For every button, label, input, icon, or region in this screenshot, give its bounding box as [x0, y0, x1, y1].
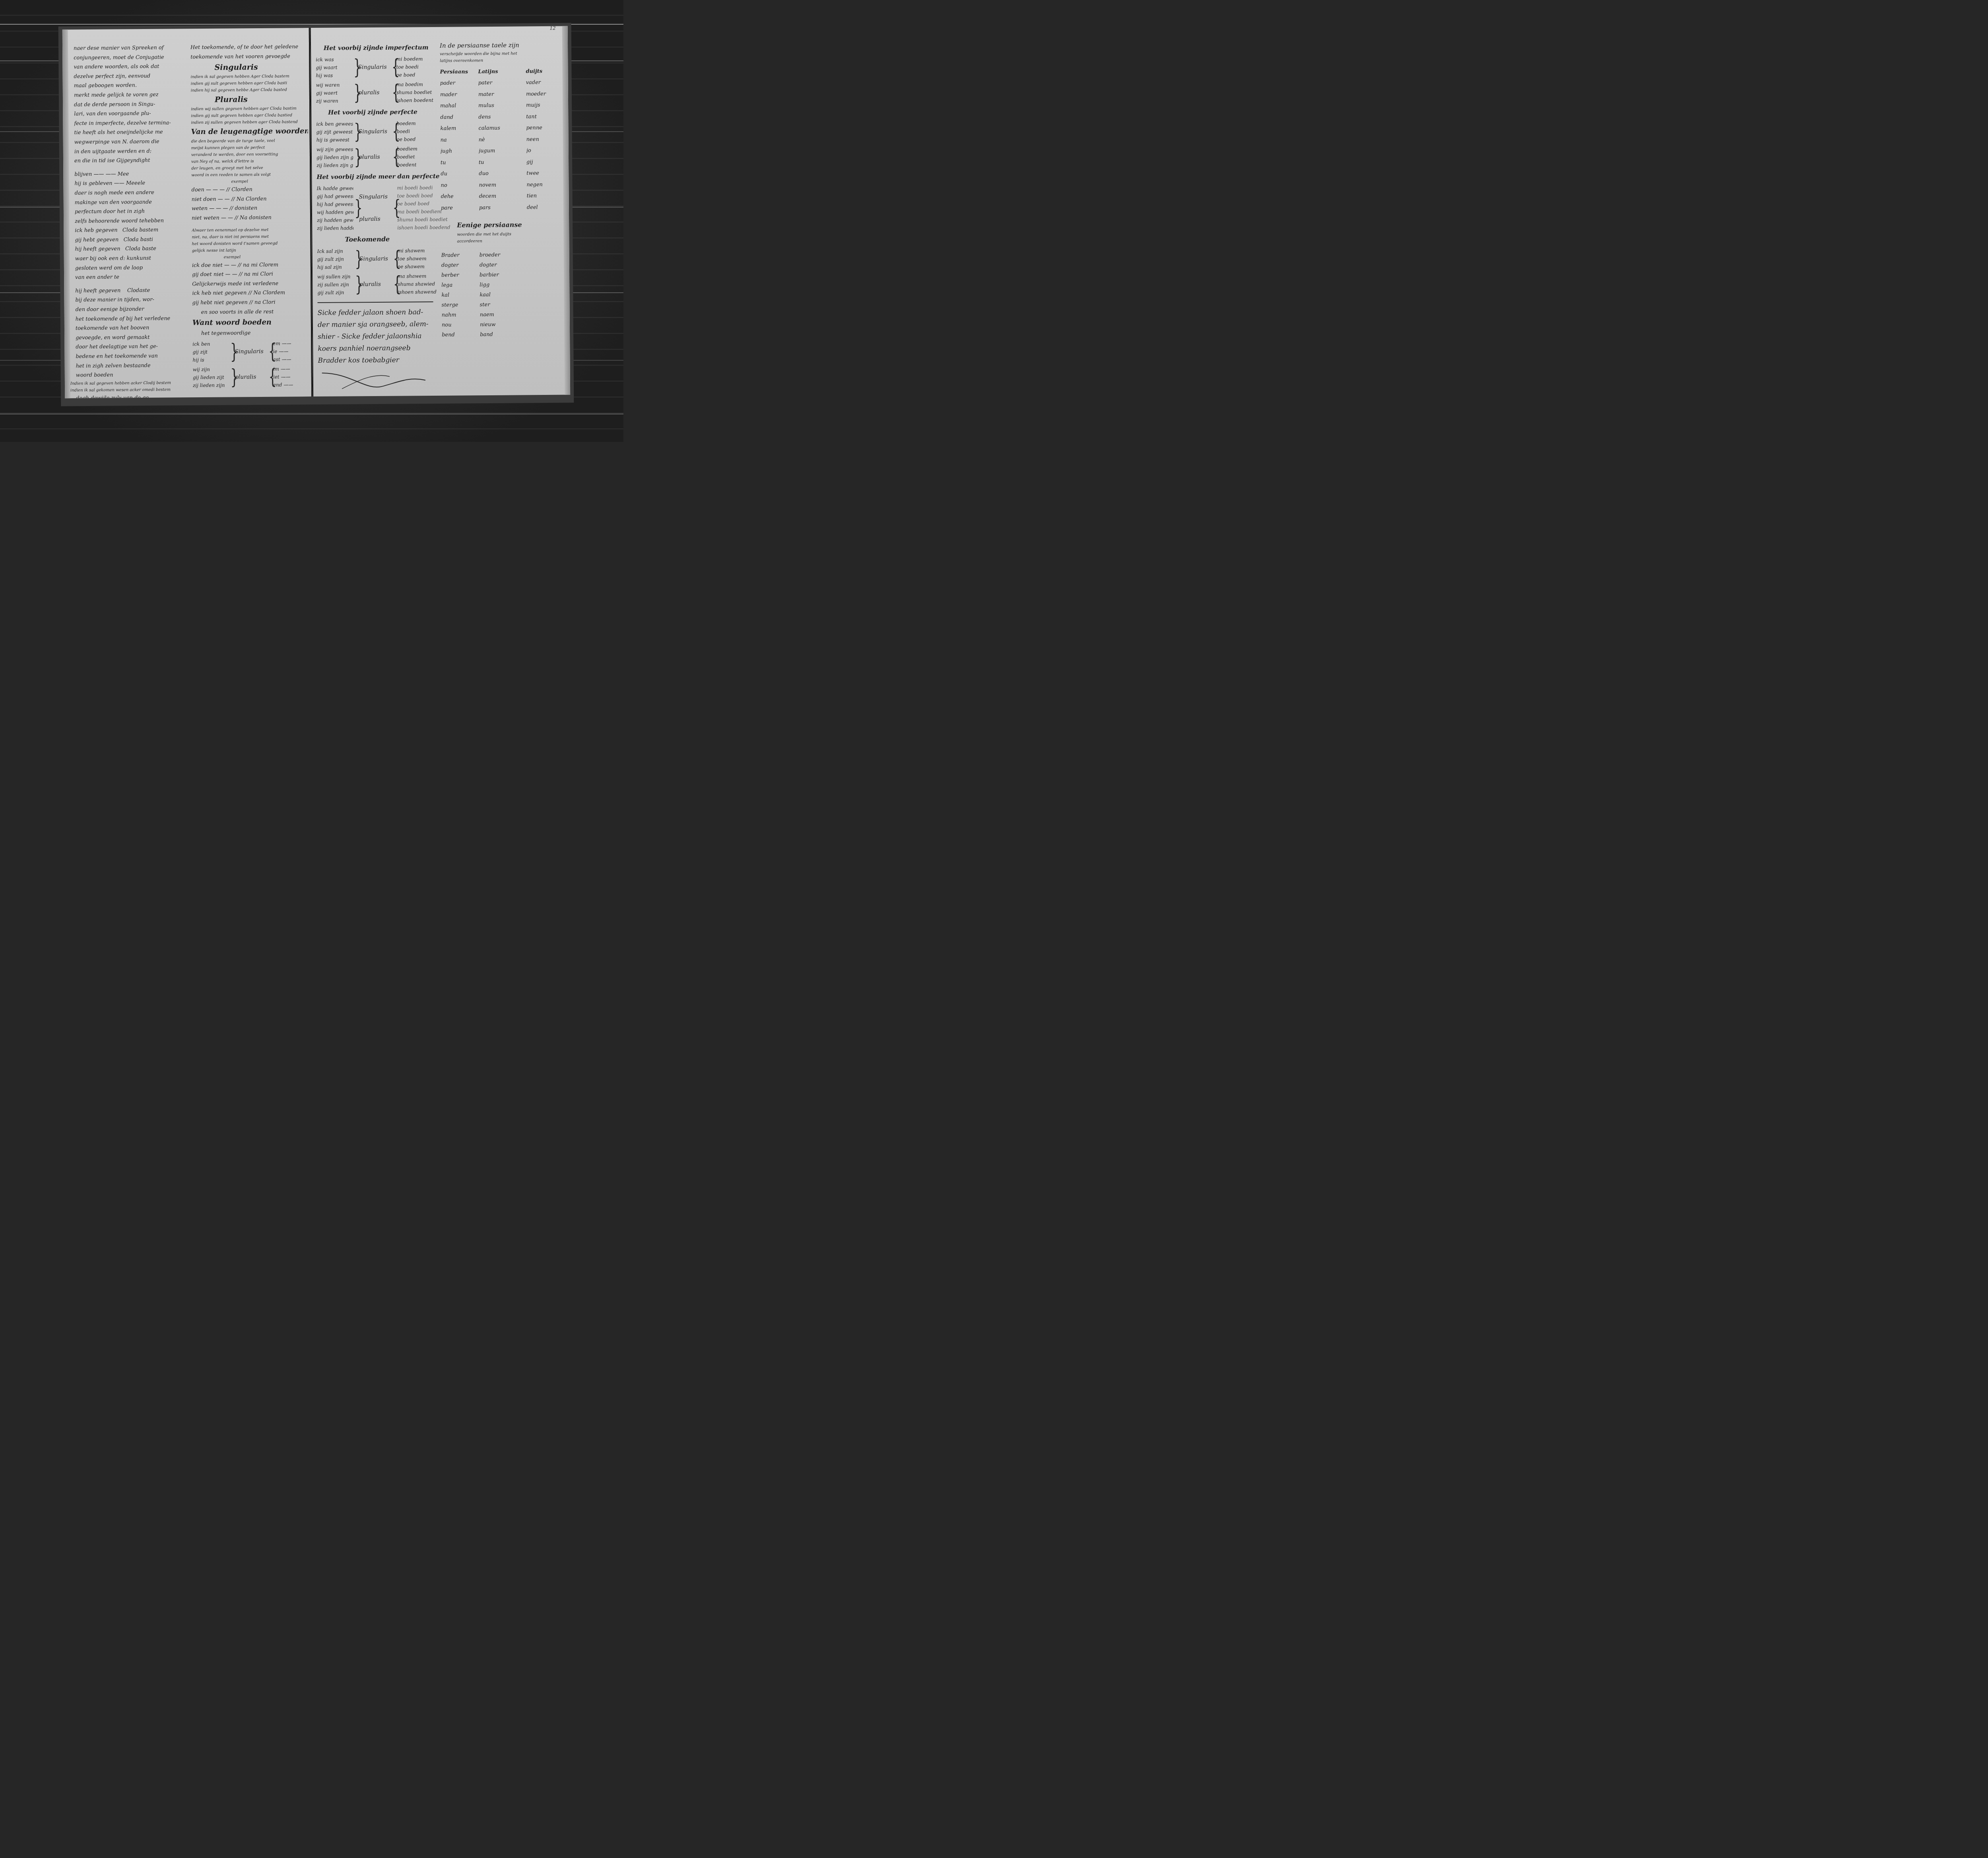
example-row: ick doe niet — — // na mi Clorem: [192, 260, 309, 270]
verb-form: zij waren: [316, 97, 353, 105]
text-line: tie heeft als het oneijndelijcke me: [74, 128, 189, 138]
persian-forms: boediem boediet boedent: [397, 145, 440, 169]
text-line: waer bij ook een d: kunkunst: [75, 253, 190, 264]
text-line: indien wij sullen gegeven hebben ager Cl…: [191, 105, 308, 113]
conjugation-table-perfect-plural: wij zijn geweest gij lieden zijn geweest…: [316, 145, 440, 169]
verb-form: Ik hadde geweest: [316, 184, 353, 192]
conjugation-table-pluperfect: Ik hadde geweest gij had geweest hij had…: [316, 184, 440, 232]
text-line: van Ney of na, welck d'lettre is: [191, 157, 308, 165]
manuscript-spread: naer dese manier van Spreeken of conjung…: [58, 23, 574, 406]
vocab-persian: no: [441, 180, 479, 191]
paragraph-future-perfect: bij deze manier in tijden, wor- den door…: [75, 295, 191, 380]
verb-forms: wij waren gij waert zij waren: [316, 81, 353, 105]
text-line: perfectum door het in zigh: [75, 206, 190, 217]
text-line: niet, na, daer is niet int persiaens met: [192, 233, 309, 241]
text-line: in den uijtgaate werden en d:: [74, 146, 190, 157]
text-line: toekomende van het booven: [76, 323, 191, 333]
persian-word: Clorden: [231, 187, 252, 192]
vocab-latin: pars: [479, 202, 527, 214]
number-label: pluralis: [359, 281, 392, 288]
small-examples: Indien ik sal gegeven hebben acker Clodi…: [70, 379, 191, 394]
brace-icon: {: [393, 249, 396, 269]
brace-icon: }: [354, 147, 358, 167]
text-line: en die in tid ise Gijgeyndight: [74, 155, 190, 166]
right-page-column-1: Het voorbij zijnde imperfectum ick was g…: [316, 41, 441, 395]
text-line: meijst kunnen plegen van de perfect: [191, 144, 308, 152]
vocab-latin: nè: [479, 134, 526, 146]
example-row: ick heb niet gegeven // Na Clordem: [192, 288, 309, 298]
number-label: Singularis: [358, 64, 390, 71]
example-list: ick heb gegeven Cloda bastem gij hebt ge…: [75, 225, 190, 254]
verb-form: hij had geweest: [317, 200, 353, 208]
vocab-latin: pater: [478, 77, 526, 89]
vocab-latin: novem: [479, 179, 526, 191]
persian-phrase: Cloda bastem: [122, 227, 158, 233]
conjugation-table-future-singular: Ick sal zijn gij zult zijn hij sal zijn …: [317, 247, 441, 271]
text-line: lari, van den voorgaande plu-: [74, 109, 189, 119]
dutch-phrase: hij heeft gegeven: [75, 288, 120, 294]
verb-form: wij zijn: [193, 365, 229, 373]
brace-icon: {: [268, 367, 272, 387]
text-line: der manier sja orangseeb, alem-: [318, 318, 441, 331]
text-line: koers panhiel noerangseeb: [318, 342, 441, 355]
brace-icon: }: [230, 341, 234, 362]
vocab-dutch: naem: [480, 309, 561, 320]
text-line: Indien ik sal gegeven hebben acker Clodi…: [70, 379, 191, 387]
text-line: het woord donisten word t'samen gevoegd: [192, 240, 309, 247]
text-line: het toekomende of bij het verledene: [76, 314, 191, 324]
verb-form: wij zijn geweest: [316, 145, 353, 154]
ending: end ——: [273, 381, 310, 389]
text-line: veranderd te werden, door een voorsettin…: [191, 151, 308, 158]
dutch-phrase: ick heb niet gegeven: [192, 290, 247, 297]
example-row: gij hebt niet gegeven // na Clori: [192, 297, 309, 308]
dutch-phrase: gij doet niet: [192, 272, 223, 278]
persian-phrase: na Clori: [254, 299, 276, 305]
vocab-dutch: muijs: [526, 100, 559, 111]
vocab-dutch: vader: [526, 77, 559, 89]
vocab-persian: mader: [440, 89, 478, 101]
number-label: Singularis: [358, 128, 391, 135]
text-line: fecte in imperfecte, dezelve termina-: [74, 118, 189, 128]
text-line: merkt mede gelijck te voren gez: [74, 90, 189, 100]
persian-form: boedem: [396, 119, 439, 128]
persian-forms: ma shawem shuma shawied ishoen shawend: [398, 272, 441, 296]
example-row: niet doen — — // Na Clorden: [192, 194, 309, 204]
verb-forms: Ik hadde geweest gij had geweest hij had…: [316, 184, 353, 232]
number-labels: Singularis pluralis: [359, 194, 392, 223]
vocab-dutch: ligg: [480, 280, 561, 290]
conjugation-table-singular: ick ben gij zijt hij is } Singularis { e…: [192, 339, 309, 364]
persian-forms: boedem boedi oe boed: [396, 119, 439, 144]
verb-form: wij waren: [316, 81, 353, 89]
persian-form: shuma shawied: [398, 280, 441, 288]
persian-form: boedent: [397, 161, 440, 169]
right-page-column-2: In de persiaanse taele zijn verscheijde …: [440, 41, 561, 340]
text-line: gesloten werd om de loop: [75, 263, 190, 273]
verb-form: Ick sal zijn: [317, 247, 354, 255]
text-line: In de persiaanse taele zijn: [440, 41, 559, 51]
vocabulary-header: Persiaans Latijns duijts: [440, 66, 559, 78]
vocab-dutch: twee: [526, 168, 560, 179]
column-header-persian: Persiaans: [440, 66, 478, 78]
verb-forms: ick ben geweest gij zijt geweest hij is …: [316, 120, 353, 144]
ornamental-flourish-icon: [318, 368, 429, 393]
persian-form: oe boed: [396, 71, 439, 79]
vocab-latin: mater: [478, 89, 526, 100]
text-line: makinge van den voorgaande: [75, 197, 190, 208]
text-line: woorden die met het duijts: [457, 231, 560, 238]
persian-phrase: na mi Clorem: [243, 262, 278, 268]
dutch-phrase: ick heb gegeven: [75, 227, 118, 234]
text-line: dezelve perfect zijn, eenvoud: [74, 71, 189, 82]
text-line: dat de derde persoon in Singu-: [74, 99, 189, 110]
text-line: zelfs behoorende woord tehebben: [75, 216, 190, 226]
vocab-latin: mulus: [478, 100, 526, 111]
paragraph-perfectum: daer is nogh mede een andere makinge van…: [75, 188, 190, 226]
verb-forms: wij zijn geweest gij lieden zijn geweest…: [316, 145, 353, 169]
vocab-dutch: band: [480, 329, 561, 340]
persian-form: ishoen boedent: [396, 96, 439, 105]
persian-phrase: na mi Clori: [244, 271, 273, 278]
page-edge: [62, 29, 70, 398]
text-line: het in zigh zelven bestaande: [76, 361, 191, 371]
dutch-word: doen: [192, 187, 204, 193]
text-line: naer dese manier van Spreeken of: [74, 43, 189, 53]
text-line: indien zij sullen gegeven hebben ager Cl…: [191, 119, 308, 126]
text-line: dogh dewijle zulx van de ge-: [76, 393, 191, 398]
brace-icon: }: [355, 274, 359, 295]
verb-form: ick ben geweest: [316, 120, 353, 128]
text-line: maal geboogen worden.: [74, 81, 189, 91]
conjugation-table-future-plural: wij sullen zijn zij sullen zijn gij zult…: [317, 272, 441, 297]
persian-form: oe shawem: [398, 262, 441, 271]
brace-icon: }: [353, 57, 357, 78]
persian-phrase: Cloda baste: [125, 246, 156, 252]
verb-form: ick ben: [192, 340, 229, 348]
vocab-persian: Brader: [441, 250, 480, 260]
persian-form: mi shawem: [398, 247, 441, 255]
section-heading-futurum: Toekomende: [317, 233, 440, 246]
persian-word: Mee: [118, 171, 129, 177]
text-line: wegwerpinge van N. daerom die: [74, 137, 190, 147]
dutch-word: weten: [192, 206, 208, 212]
vocab-persian: kal: [441, 290, 480, 300]
brace-icon: {: [392, 82, 395, 103]
section-heading-lying-words: Van de leugenagtige woorden: [191, 125, 308, 138]
persian-form: mi boedem: [396, 55, 439, 63]
number-label: pluralis: [358, 89, 391, 96]
brace-icon: {: [268, 341, 272, 362]
vocab-dutch: broeder: [480, 250, 561, 260]
brace-icon: }: [230, 367, 234, 387]
vocab-latin: decem: [479, 190, 527, 202]
text-line: der leugen, en groeyt met het selve: [191, 164, 308, 172]
verb-form: gij waert: [316, 89, 353, 97]
verb-forms: ick ben gij zijt hij is: [192, 340, 229, 364]
persian-form: ma shawem: [398, 272, 441, 280]
text-line: van een ander te: [75, 272, 190, 282]
example-row: gij hebt gegeven Cloda basti: [75, 235, 190, 245]
persian-form: boediem: [397, 145, 440, 153]
persian-phrase: Na Clordem: [253, 290, 285, 296]
brace-icon: }: [355, 198, 358, 218]
number-label: pluralis: [235, 374, 268, 381]
persian-forms: ma boedim shuma boediet ishoen boedent: [396, 80, 439, 105]
ending: im ——: [273, 365, 310, 373]
vocab-persian: mahal: [440, 100, 478, 112]
conjugation-table-imperfect-singular: ick was gij waart hij was } Singularis {…: [316, 55, 439, 80]
verb-form: gij zijt: [192, 348, 229, 356]
text-line: Het toekomende, of te door het geledene: [190, 42, 307, 52]
brace-icon: }: [354, 121, 357, 142]
vocab-persian: pader: [440, 78, 478, 89]
section-heading-imperfectum: Het voorbij zijnde imperfectum: [316, 41, 439, 54]
persian-form: toe boedi: [396, 63, 439, 71]
persian-form: toe shawem: [398, 255, 441, 263]
text-line: door het deelagtige van het ge-: [76, 342, 191, 352]
verb-form: gij lieden zijt: [193, 373, 229, 381]
vocab-persian: kalem: [440, 123, 478, 134]
verb-form: hij sal zijn: [317, 263, 354, 271]
persian-forms: mi boedem toe boedi oe boed: [396, 55, 439, 79]
verb-form: gij lieden zijn geweest: [316, 153, 353, 161]
vocab-dutch: tien: [527, 190, 560, 202]
text-line: bedene en het toekomende van: [76, 351, 191, 361]
persian-word: donisten: [235, 205, 257, 211]
word-pair: hij is gebleven —— Meeele: [74, 179, 190, 189]
verb-form: wij hadden geweest: [317, 208, 353, 216]
number-label: Singularis: [359, 256, 392, 262]
ending: em ——: [273, 339, 309, 348]
vocab-persian: lega: [441, 280, 480, 290]
text-line: indien gij sult gegeven hebben ager Clod…: [191, 80, 308, 87]
text-line: indien gij sult gegeven hebben ager Clod…: [191, 112, 308, 119]
left-page-column-2: Het toekomende, of te door het geledene …: [190, 42, 310, 391]
vocab-dutch: nieuw: [480, 319, 561, 330]
vocab-persian: dogter: [441, 260, 480, 270]
brace-icon: {: [392, 121, 396, 142]
verb-endings: im —— iet —— end ——: [273, 365, 310, 389]
section-heading-plusquamperfectum: Het voorbij zijnde meer dan perfecte: [316, 170, 440, 183]
persian-form: boediet: [397, 153, 440, 161]
section-2-heading: Eenige persiaanse woorden die met het du…: [441, 219, 560, 245]
persian-form: ishoen shawend: [398, 288, 441, 296]
verb-form: hij is: [192, 356, 229, 364]
example-row: hij heeft gegeven Cloda baste: [75, 244, 190, 255]
vocab-persian: nou: [442, 320, 480, 330]
conjugation-table-imperfect-plural: wij waren gij waert zij waren } pluralis…: [316, 80, 439, 105]
vocab-dutch: tant: [526, 111, 559, 122]
persian-word: Meeele: [126, 180, 145, 186]
column-header-latin: Latijns: [478, 66, 526, 78]
vocab-persian: sterge: [442, 300, 480, 310]
vocab-latin: jugum: [479, 145, 526, 157]
vocab-persian: bend: [442, 330, 480, 340]
vocab-dutch: negen: [526, 179, 560, 190]
vocab-persian: berber: [441, 270, 480, 280]
verb-form: hij was: [316, 71, 352, 80]
verb-form: gij zult zijn: [317, 255, 354, 263]
vocab-dutch: moeder: [526, 88, 559, 100]
text-line: Gelijckerwijs mede int verledene: [192, 279, 309, 289]
brace-icon: }: [353, 82, 357, 103]
verb-form: zij hadden geweest: [317, 216, 353, 224]
text-line: Sicke fedder jalaon shoen bad-: [318, 306, 441, 319]
text-line: den door eenige bijzonder: [76, 304, 191, 315]
section-heading: Eenige persiaanse: [457, 219, 560, 231]
brace-icon: {: [392, 57, 395, 78]
verb-form: wij sullen zijn: [317, 272, 354, 281]
verb-form: zij lieden zijn: [193, 381, 229, 389]
text-line: accordeeren: [457, 237, 560, 245]
dutch-word: blijven: [74, 171, 92, 177]
column-header-dutch: duijts: [526, 66, 559, 77]
persian-phrase: Clodaste: [127, 288, 150, 293]
verb-form: gij had geweest: [317, 192, 353, 200]
vocab-persian: du: [441, 168, 479, 180]
vocab-persian: dehe: [441, 191, 479, 202]
number-label: Singularis: [235, 348, 267, 355]
text-line: indien ik sal gegeven hebben Ager Cloda …: [191, 73, 308, 80]
vocab-dutch: gij: [526, 156, 560, 168]
vocab-persian: dand: [440, 112, 478, 123]
persian-forms: mi shawem toe shawem oe shawem: [398, 247, 441, 271]
text-line: woord boeden: [76, 370, 191, 380]
vocab-persian: na: [441, 134, 479, 146]
vocabulary-table-2: Braderbroederdogterdogterberberbarbierle…: [441, 250, 561, 340]
example-row: niet weten — — // Na donisten: [192, 213, 309, 223]
persian-word: Na donisten: [240, 215, 272, 221]
verb-forms: Ick sal zijn gij zult zijn hij sal zijn: [317, 247, 354, 271]
word-pair: blijven —— —— Mee: [74, 169, 190, 179]
text-line: die den begeerde van de turge taele, vee…: [191, 137, 308, 145]
verb-forms: wij zijn gij lieden zijt zij lieden zijn: [193, 365, 229, 389]
section-heading-perfecte: Het voorbij zijnde perfecte: [316, 106, 439, 119]
brace-icon: }: [355, 249, 358, 269]
persian-form: ma boedim: [396, 80, 439, 89]
persian-phrase: Cloda basti: [124, 237, 153, 243]
paragraph-continuation: waer bij ook een d: kunkunst gesloten we…: [75, 253, 190, 282]
verb-form: ick was: [316, 55, 352, 64]
text-line: gelijck nesse int latijn: [192, 247, 309, 254]
verb-forms: ick was gij waart hij was: [316, 55, 352, 80]
dutch-phrase: hij heeft gegeven: [75, 246, 120, 253]
text-line: gevoegde, en word gemaakt: [76, 332, 191, 343]
closing-text: Sicke fedder jalaon shoen bad- der manie…: [318, 306, 441, 367]
vocab-latin: calamus: [478, 122, 526, 134]
vocab-latin: duo: [479, 168, 526, 179]
text-line: Alwaer ten eenenmael op dezelve met: [192, 226, 309, 234]
vocab-dutch: deel: [527, 202, 560, 213]
verb-form: zij sullen zijn: [317, 280, 354, 289]
paragraph-conjugation-intro: naer dese manier van Spreeken of conjung…: [74, 43, 189, 91]
conjugation-table-perfect-singular: ick ben geweest gij zijt geweest hij is …: [316, 119, 439, 144]
persian-form: boedi: [396, 127, 439, 136]
example-row: hij heeft gegeven Clodaste: [75, 286, 190, 296]
verb-form: gij zult zijn: [317, 288, 354, 297]
dutch-word: niet doen: [192, 196, 216, 202]
vocab-dutch: ster: [480, 299, 561, 310]
vocabulary-table: paderpatervadermadermatermoedermahalmulu…: [440, 77, 560, 214]
brace-icon: {: [392, 147, 396, 167]
text-line: indien hij sal gegeven hebbe Ager Cloda …: [191, 86, 308, 94]
text-line: woord in een reeden te samen als volgt: [191, 171, 308, 179]
vocab-persian: tu: [441, 157, 479, 169]
vocab-persian: nahm: [442, 310, 480, 320]
verb-form: gij waart: [316, 63, 352, 72]
dutch-phrase: gij hebt niet gegeven: [192, 299, 248, 306]
example-label: exempel: [191, 178, 308, 185]
example-row: gij doet niet — — // na mi Clori: [192, 269, 309, 280]
dutch-word: hij is gebleven: [74, 181, 112, 187]
left-page: naer dese manier van Spreeken of conjung…: [62, 28, 313, 398]
example-label: exempel: [192, 253, 309, 261]
section-heading-singularis: Singularis: [190, 61, 307, 74]
verb-form: hij is geweest: [316, 136, 353, 144]
paragraph-closing: dogh dewijle zulx van de ge- leerde mees…: [76, 393, 192, 398]
page-number: 12: [549, 26, 555, 31]
text-line: indien ik sal gekomen wesen acker omedi …: [70, 386, 191, 394]
text-line: en soo voorts in alle de rest: [192, 307, 309, 317]
text-line: conjungeeren, moet de Conjugatie: [74, 52, 189, 63]
persian-form: shuma boediet: [396, 88, 439, 97]
example-row: ick heb gegeven Cloda bastem: [75, 225, 190, 235]
text-line: latijns overeenkomen: [440, 56, 559, 64]
number-label: pluralis: [359, 154, 391, 161]
ending: ast ——: [273, 355, 309, 363]
vocab-latin: tu: [479, 157, 526, 168]
vocab-dutch: jo: [526, 145, 560, 157]
verb-forms: wij sullen zijn zij sullen zijn gij zult…: [317, 272, 354, 297]
verb-form: zij lieden zijn geweest: [316, 161, 353, 169]
persian-word: Na Clorden: [237, 196, 267, 202]
paragraph-third-person: merkt mede gelijck te voren gez dat de d…: [74, 90, 190, 166]
verb-form: zij lieden hadden geweest: [317, 224, 353, 232]
section-heading-want-woord: Want woord boeden: [192, 316, 309, 329]
text-line: toekomende van het vooren gevoegde: [190, 52, 307, 62]
vocab-dutch: neen: [526, 134, 560, 145]
text-line: shier - Sicke fedder jalaonshia: [318, 330, 441, 343]
film-scratch: [0, 414, 623, 414]
vocab-persian: jugh: [441, 146, 479, 157]
brace-icon: {: [393, 274, 397, 295]
right-page: 12 Het voorbij zijnde imperfectum ick wa…: [310, 26, 570, 397]
ending: ie ——: [273, 347, 309, 356]
text-line: daer is nogh mede een andere: [75, 188, 190, 198]
verb-form: gij zijt geweest: [316, 128, 353, 136]
example-row: doen — — — // Clorden: [191, 185, 308, 195]
ending: iet ——: [273, 373, 310, 381]
number-label: Singularis: [359, 194, 392, 200]
section-heading-pluralis: Pluralis: [191, 93, 308, 106]
vocab-persian: pare: [441, 202, 479, 214]
dutch-phrase: gij hebt gegeven: [75, 237, 118, 243]
example-row: weten — — — // donisten: [192, 204, 309, 214]
dutch-word: niet weten: [192, 215, 219, 221]
vocab-dutch: kaal: [480, 290, 561, 300]
text-line: bij deze manier in tijden, wor-: [75, 295, 190, 305]
conjugation-table-plural: wij zijn gij lieden zijt zij lieden zijn…: [193, 365, 310, 389]
persian-form: oe boed: [397, 135, 440, 144]
dutch-phrase: ick doe niet: [192, 262, 223, 268]
brace-icon: {: [393, 198, 396, 218]
text-line: van andere woorden, als ook dat: [74, 62, 189, 72]
page-edge: [562, 26, 570, 395]
text-line: Bradder kos toebabgier: [318, 354, 441, 367]
text-line: verscheijde woorden die bijna met het: [440, 50, 559, 57]
vocab-dutch: penne: [526, 122, 559, 134]
